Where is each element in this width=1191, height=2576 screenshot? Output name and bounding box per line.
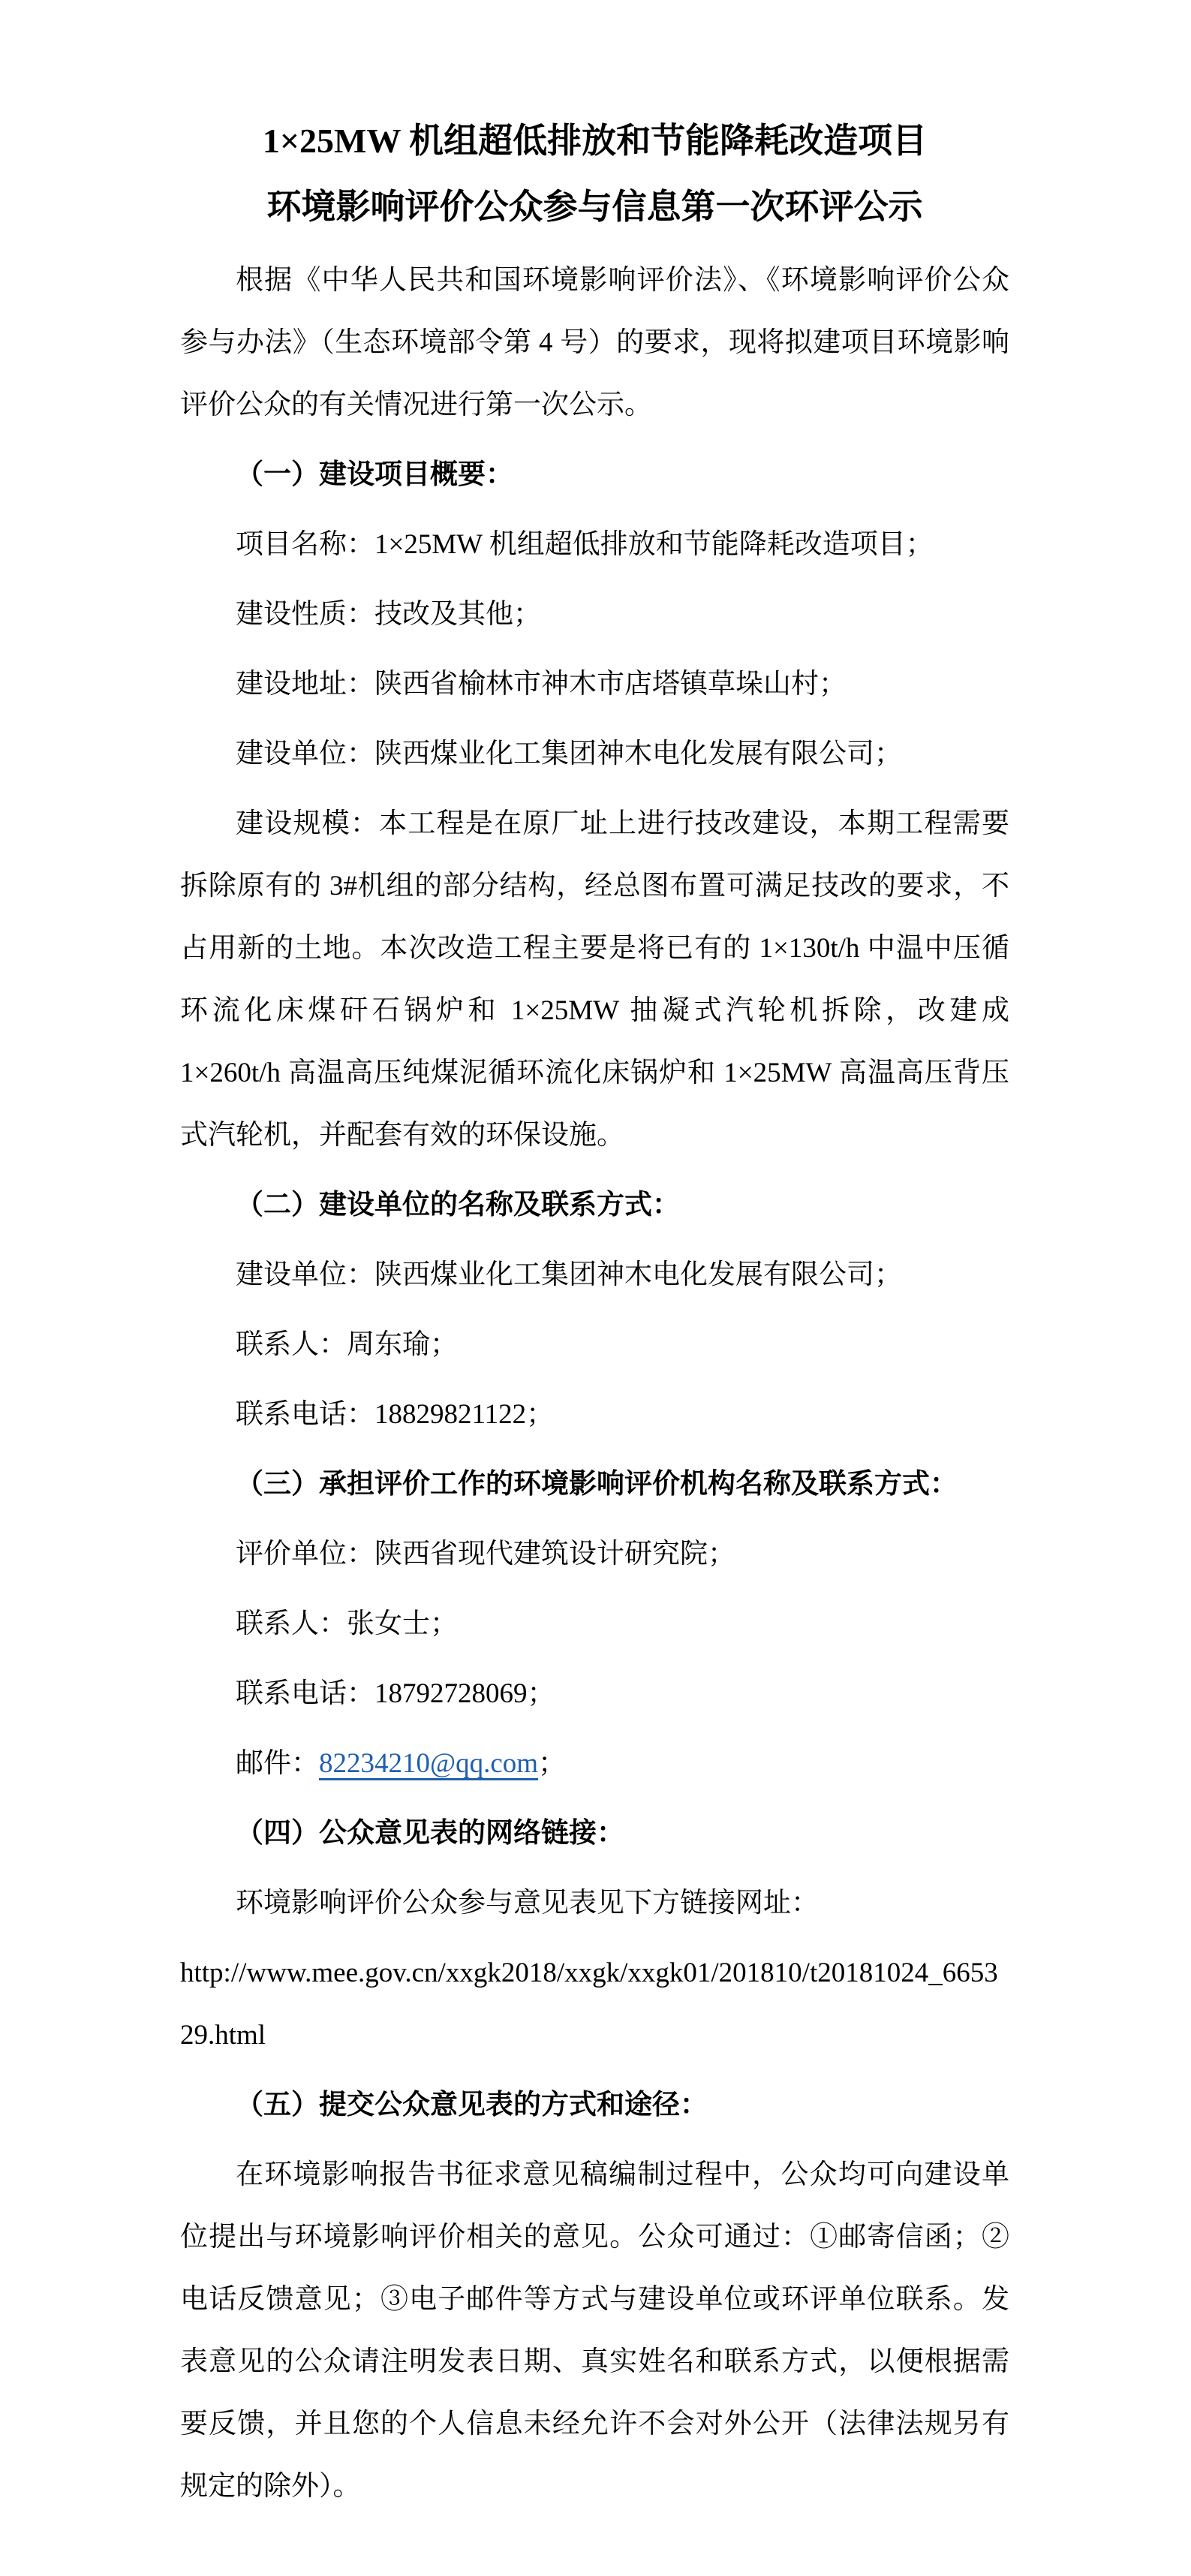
construction-unit-line: 建设单位：陕西煤业化工集团神木电化发展有限公司； <box>180 723 1009 785</box>
comment-form-link-description: 环境影响评价公众参与意见表见下方链接网址： <box>180 1872 1009 1934</box>
project-name-line: 项目名称：1×25MW 机组超低排放和节能降耗改造项目； <box>180 513 1009 576</box>
section1-heading: （一）建设项目概要： <box>180 444 1009 506</box>
construction-nature-line: 建设性质：技改及其他； <box>180 583 1009 646</box>
email-label: 邮件： <box>236 1748 319 1779</box>
section5-heading: （五）提交公众意见表的方式和途径： <box>180 2074 1009 2136</box>
construction-scale-paragraph: 建设规模：本工程是在原厂址上进行技改建设，本期工程需要拆除原有的 3#机组的部分… <box>180 793 1009 1166</box>
email-link[interactable]: 82234210@qq.com <box>319 1748 538 1779</box>
section3-heading: （三）承担评价工作的环境影响评价机构名称及联系方式： <box>180 1453 1009 1515</box>
document-page: 1×25MW 机组超低排放和节能降耗改造项目 环境影响评价公众参与信息第一次环评… <box>0 0 1191 2576</box>
document-title-line1: 1×25MW 机组超低排放和节能降耗改造项目 <box>180 108 1009 174</box>
builder-contact-line: 联系人：周东瑜； <box>180 1314 1009 1376</box>
email-suffix: ； <box>538 1748 566 1779</box>
section4-heading: （四）公众意见表的网络链接： <box>180 1802 1009 1864</box>
section2-heading: （二）建设单位的名称及联系方式： <box>180 1174 1009 1236</box>
submission-methods-paragraph: 在环境影响报告书征求意见稿编制过程中，公众均可向建设单位提出与环境影响评价相关的… <box>180 2144 1009 2517</box>
assessor-contact-line: 联系人：张女士； <box>180 1593 1009 1655</box>
construction-address-line: 建设地址：陕西省榆林市神木市店塔镇草垛山村； <box>180 653 1009 715</box>
comment-form-url: http://www.mee.gov.cn/xxgk2018/xxgk/xxgk… <box>180 1942 1009 2066</box>
intro-paragraph: 根据《中华人民共和国环境影响评价法》、《环境影响评价公众参与办法》（生态环境部令… <box>180 249 1009 436</box>
assessor-email-line: 邮件：82234210@qq.com； <box>180 1732 1009 1795</box>
builder-unit-line: 建设单位：陕西煤业化工集团神木电化发展有限公司； <box>180 1244 1009 1306</box>
assessor-unit-line: 评价单位：陕西省现代建筑设计研究院； <box>180 1523 1009 1585</box>
builder-phone-line: 联系电话：18829821122； <box>180 1383 1009 1446</box>
assessor-phone-line: 联系电话：18792728069； <box>180 1663 1009 1725</box>
document-title-line2: 环境影响评价公众参与信息第一次环评公示 <box>180 174 1009 240</box>
